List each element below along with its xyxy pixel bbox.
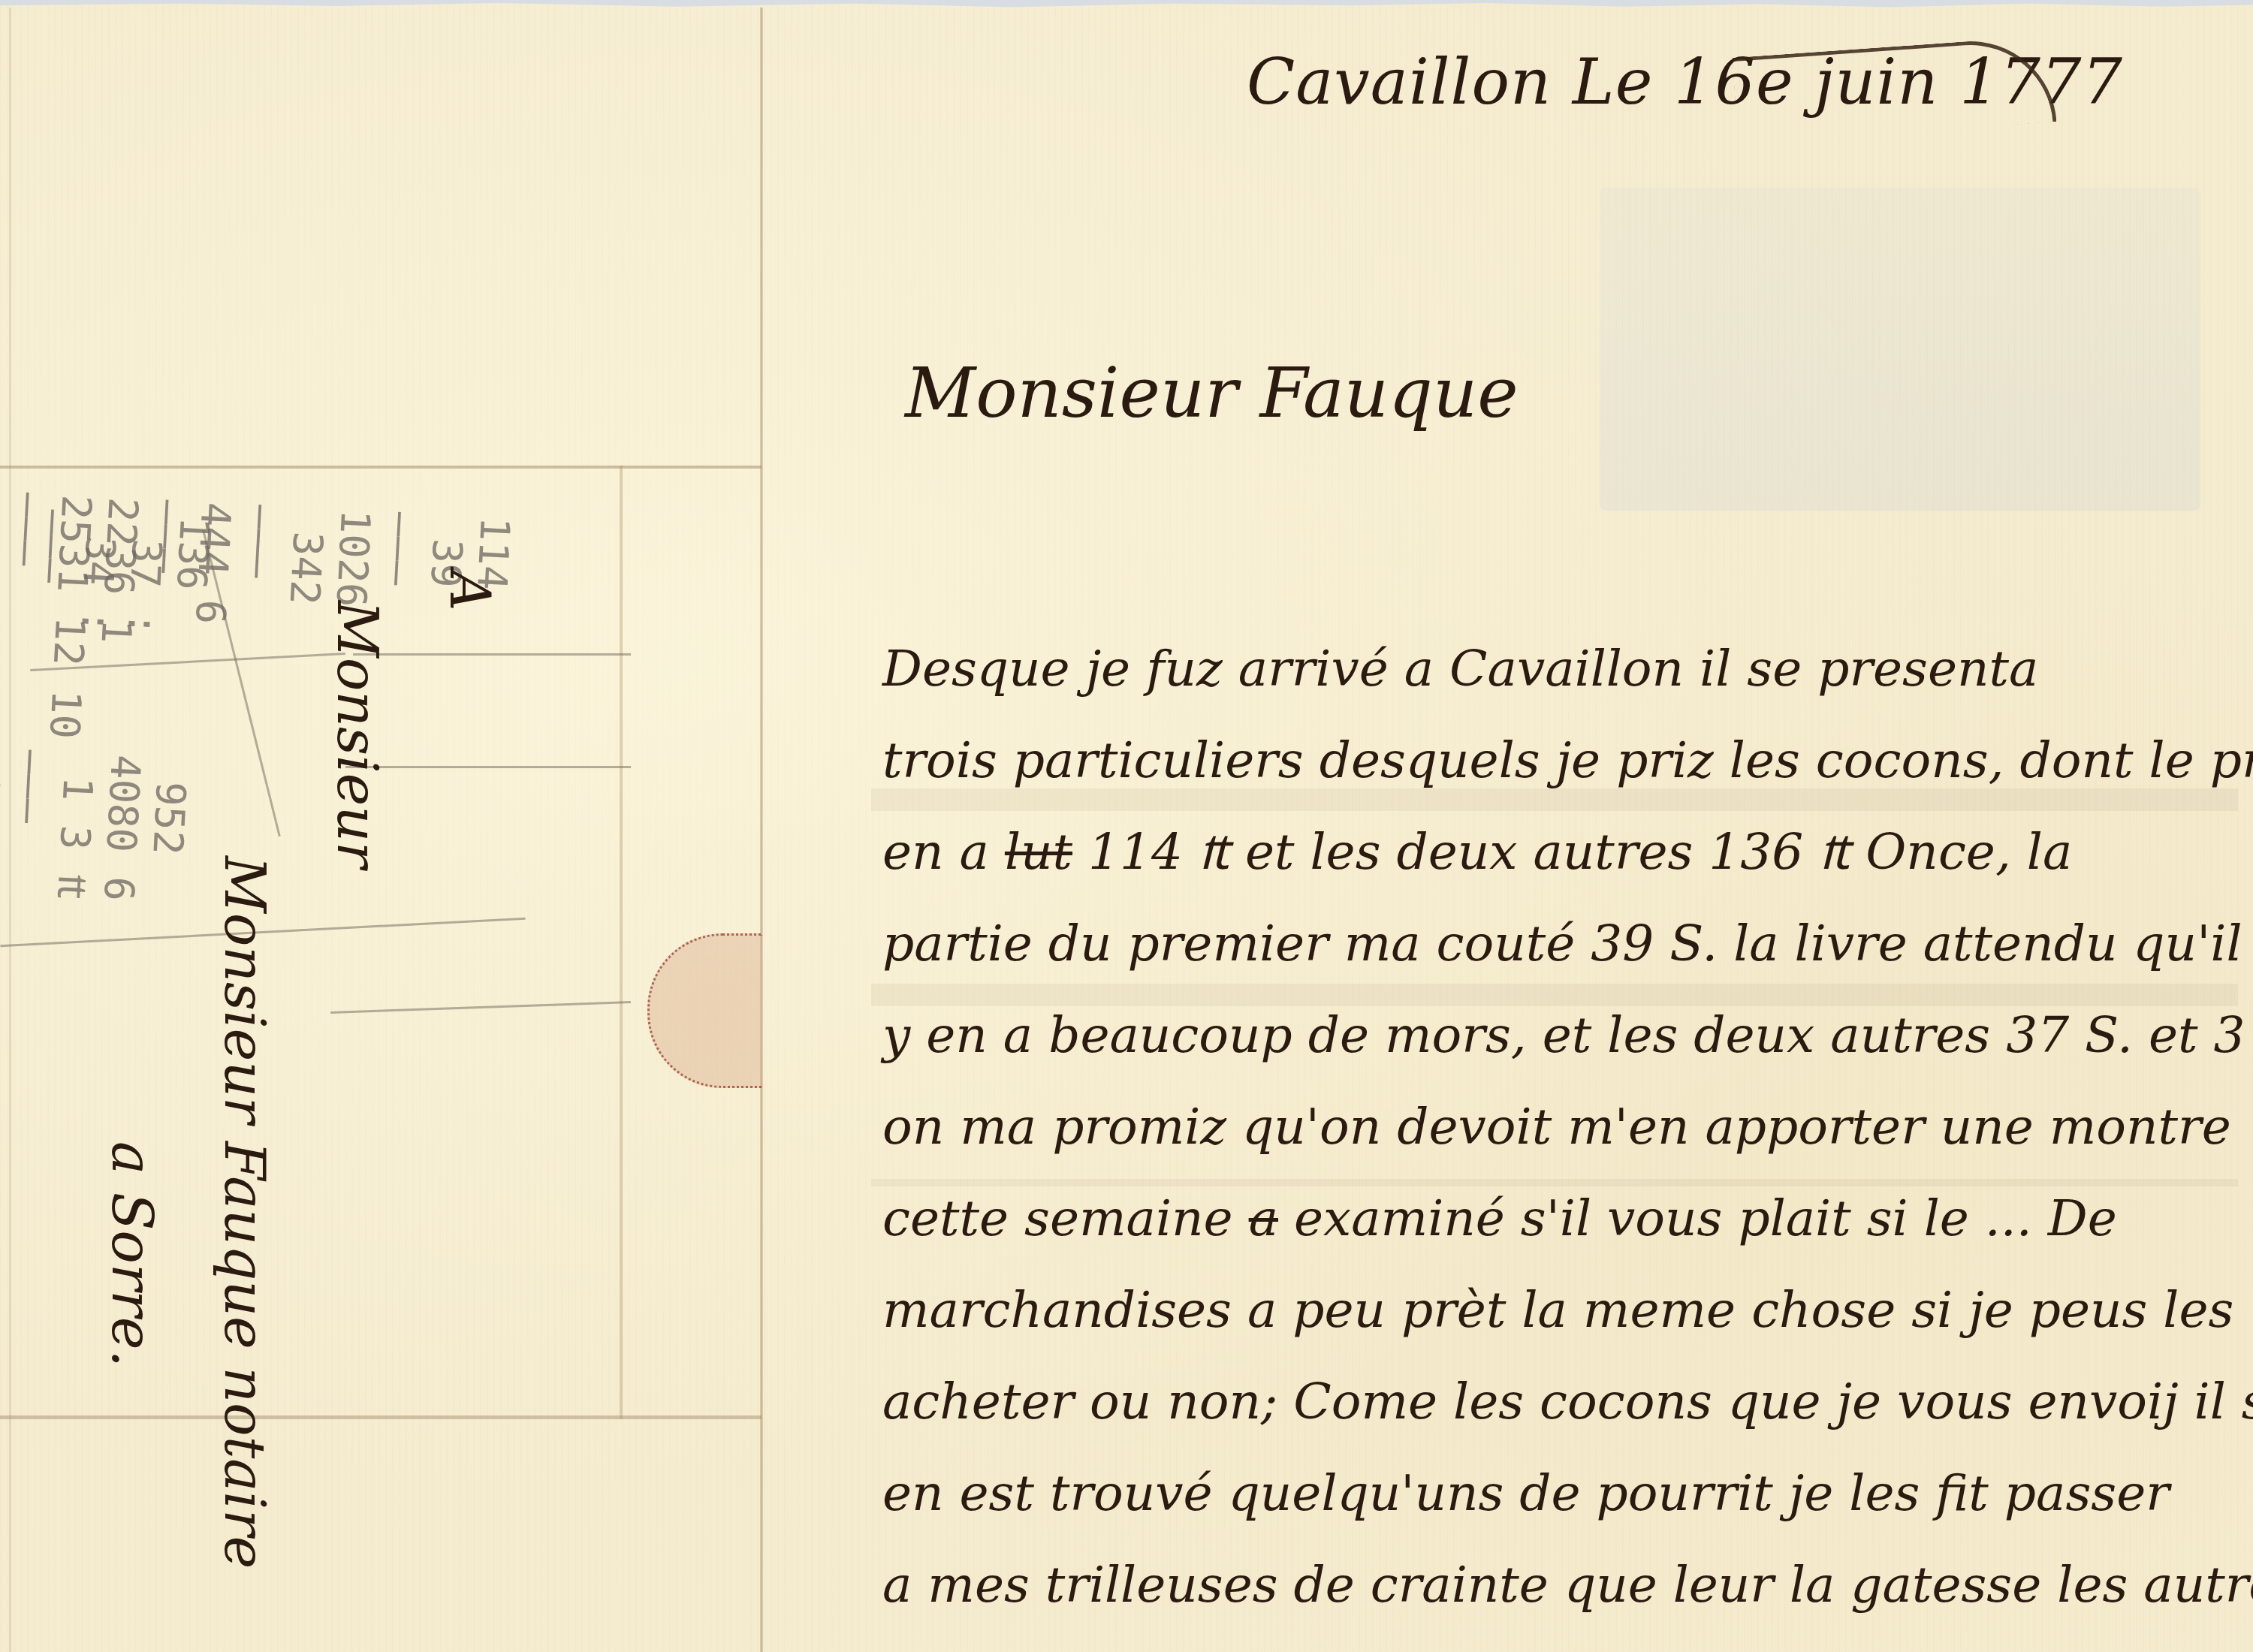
document-scan: 114 39 ——— 1026 342 ——— 444 6 ——— 2236 1… — [0, 0, 2253, 1652]
line-text: y en a beaucoup de mors, et les deux aut… — [882, 1006, 2253, 1064]
vertical-fold-line — [760, 8, 763, 1652]
letter-line: y en a beaucoup de mors, et les deux aut… — [882, 990, 2249, 1081]
letter-line: en a lut 114 ₶ et les deux autres 136 ₶ … — [882, 806, 2249, 898]
letter-line: trois particuliers desquels je priz les … — [882, 715, 2249, 806]
line-text: trois particuliers desquels je priz les … — [882, 731, 2253, 789]
address-line: A — [413, 571, 526, 1397]
line-text: marchandises a peu prèt la meme chose si… — [882, 1281, 2233, 1339]
letter-salutation: Monsieur Fauque — [905, 353, 1519, 433]
line-text: Desque je fuz arrivé a Cavaillon il se p… — [882, 640, 2038, 698]
address-line: Monsieur — [300, 571, 413, 1397]
reverse-side-show-through — [1600, 188, 2200, 511]
letter-line: cette semaine a examiné s'il vous plait … — [882, 1173, 2249, 1265]
horizontal-fold-lower — [0, 1415, 762, 1419]
wax-seal-remnant — [647, 933, 762, 1088]
letter-line: a mes trilleuses de crainte que leur la … — [882, 1539, 2249, 1631]
letter-line: on ma promiz qu'on devoit m'en apporter … — [882, 1081, 2249, 1173]
line-text: a mes trilleuses de crainte que leur la … — [882, 1556, 2253, 1614]
letter-line: Desque je fuz arrivé a Cavaillon il se p… — [882, 623, 2249, 715]
letter-line: acheter ou non; Come les cocons que je v… — [882, 1356, 2249, 1448]
address-panel-inner-fold — [620, 466, 623, 1419]
struck-word: a — [1249, 1189, 1278, 1247]
line-text: en a — [882, 823, 1005, 881]
address-line-recipient: Monsieur Fauque notaire — [188, 571, 300, 1397]
line-text: acheter ou non; Come les cocons que je v… — [882, 1373, 2253, 1430]
horizontal-fold-upper — [0, 466, 762, 469]
line-text: on ma promiz qu'on devoit m'en apporter … — [882, 1098, 2231, 1156]
line-text: partie du premier ma couté 39 S. la livr… — [882, 915, 2242, 972]
letter-line: marchandises a peu prèt la meme chose si… — [882, 1265, 2249, 1356]
line-text: en est trouvé quelqu'uns de pourrit je l… — [882, 1464, 2170, 1522]
struck-word: lut — [1005, 823, 1072, 881]
line-text: examiné s'il vous plait si le ... De — [1278, 1189, 2117, 1247]
line-text: cette semaine — [882, 1189, 1249, 1247]
address-line-place: a Sorre. — [75, 571, 188, 1397]
line-text: 114 ₶ et les deux autres 136 ₶ Once, la — [1072, 823, 2072, 881]
torn-top-edge — [0, 0, 2253, 12]
letter-line: en est trouvé quelqu'uns de pourrit je l… — [882, 1448, 2249, 1539]
letter-body: Desque je fuz arrivé a Cavaillon il se p… — [882, 623, 2249, 1631]
letter-line: partie du premier ma couté 39 S. la livr… — [882, 898, 2249, 990]
address-block: A Monsieur Monsieur Fauque notaire a Sor… — [75, 571, 526, 1397]
